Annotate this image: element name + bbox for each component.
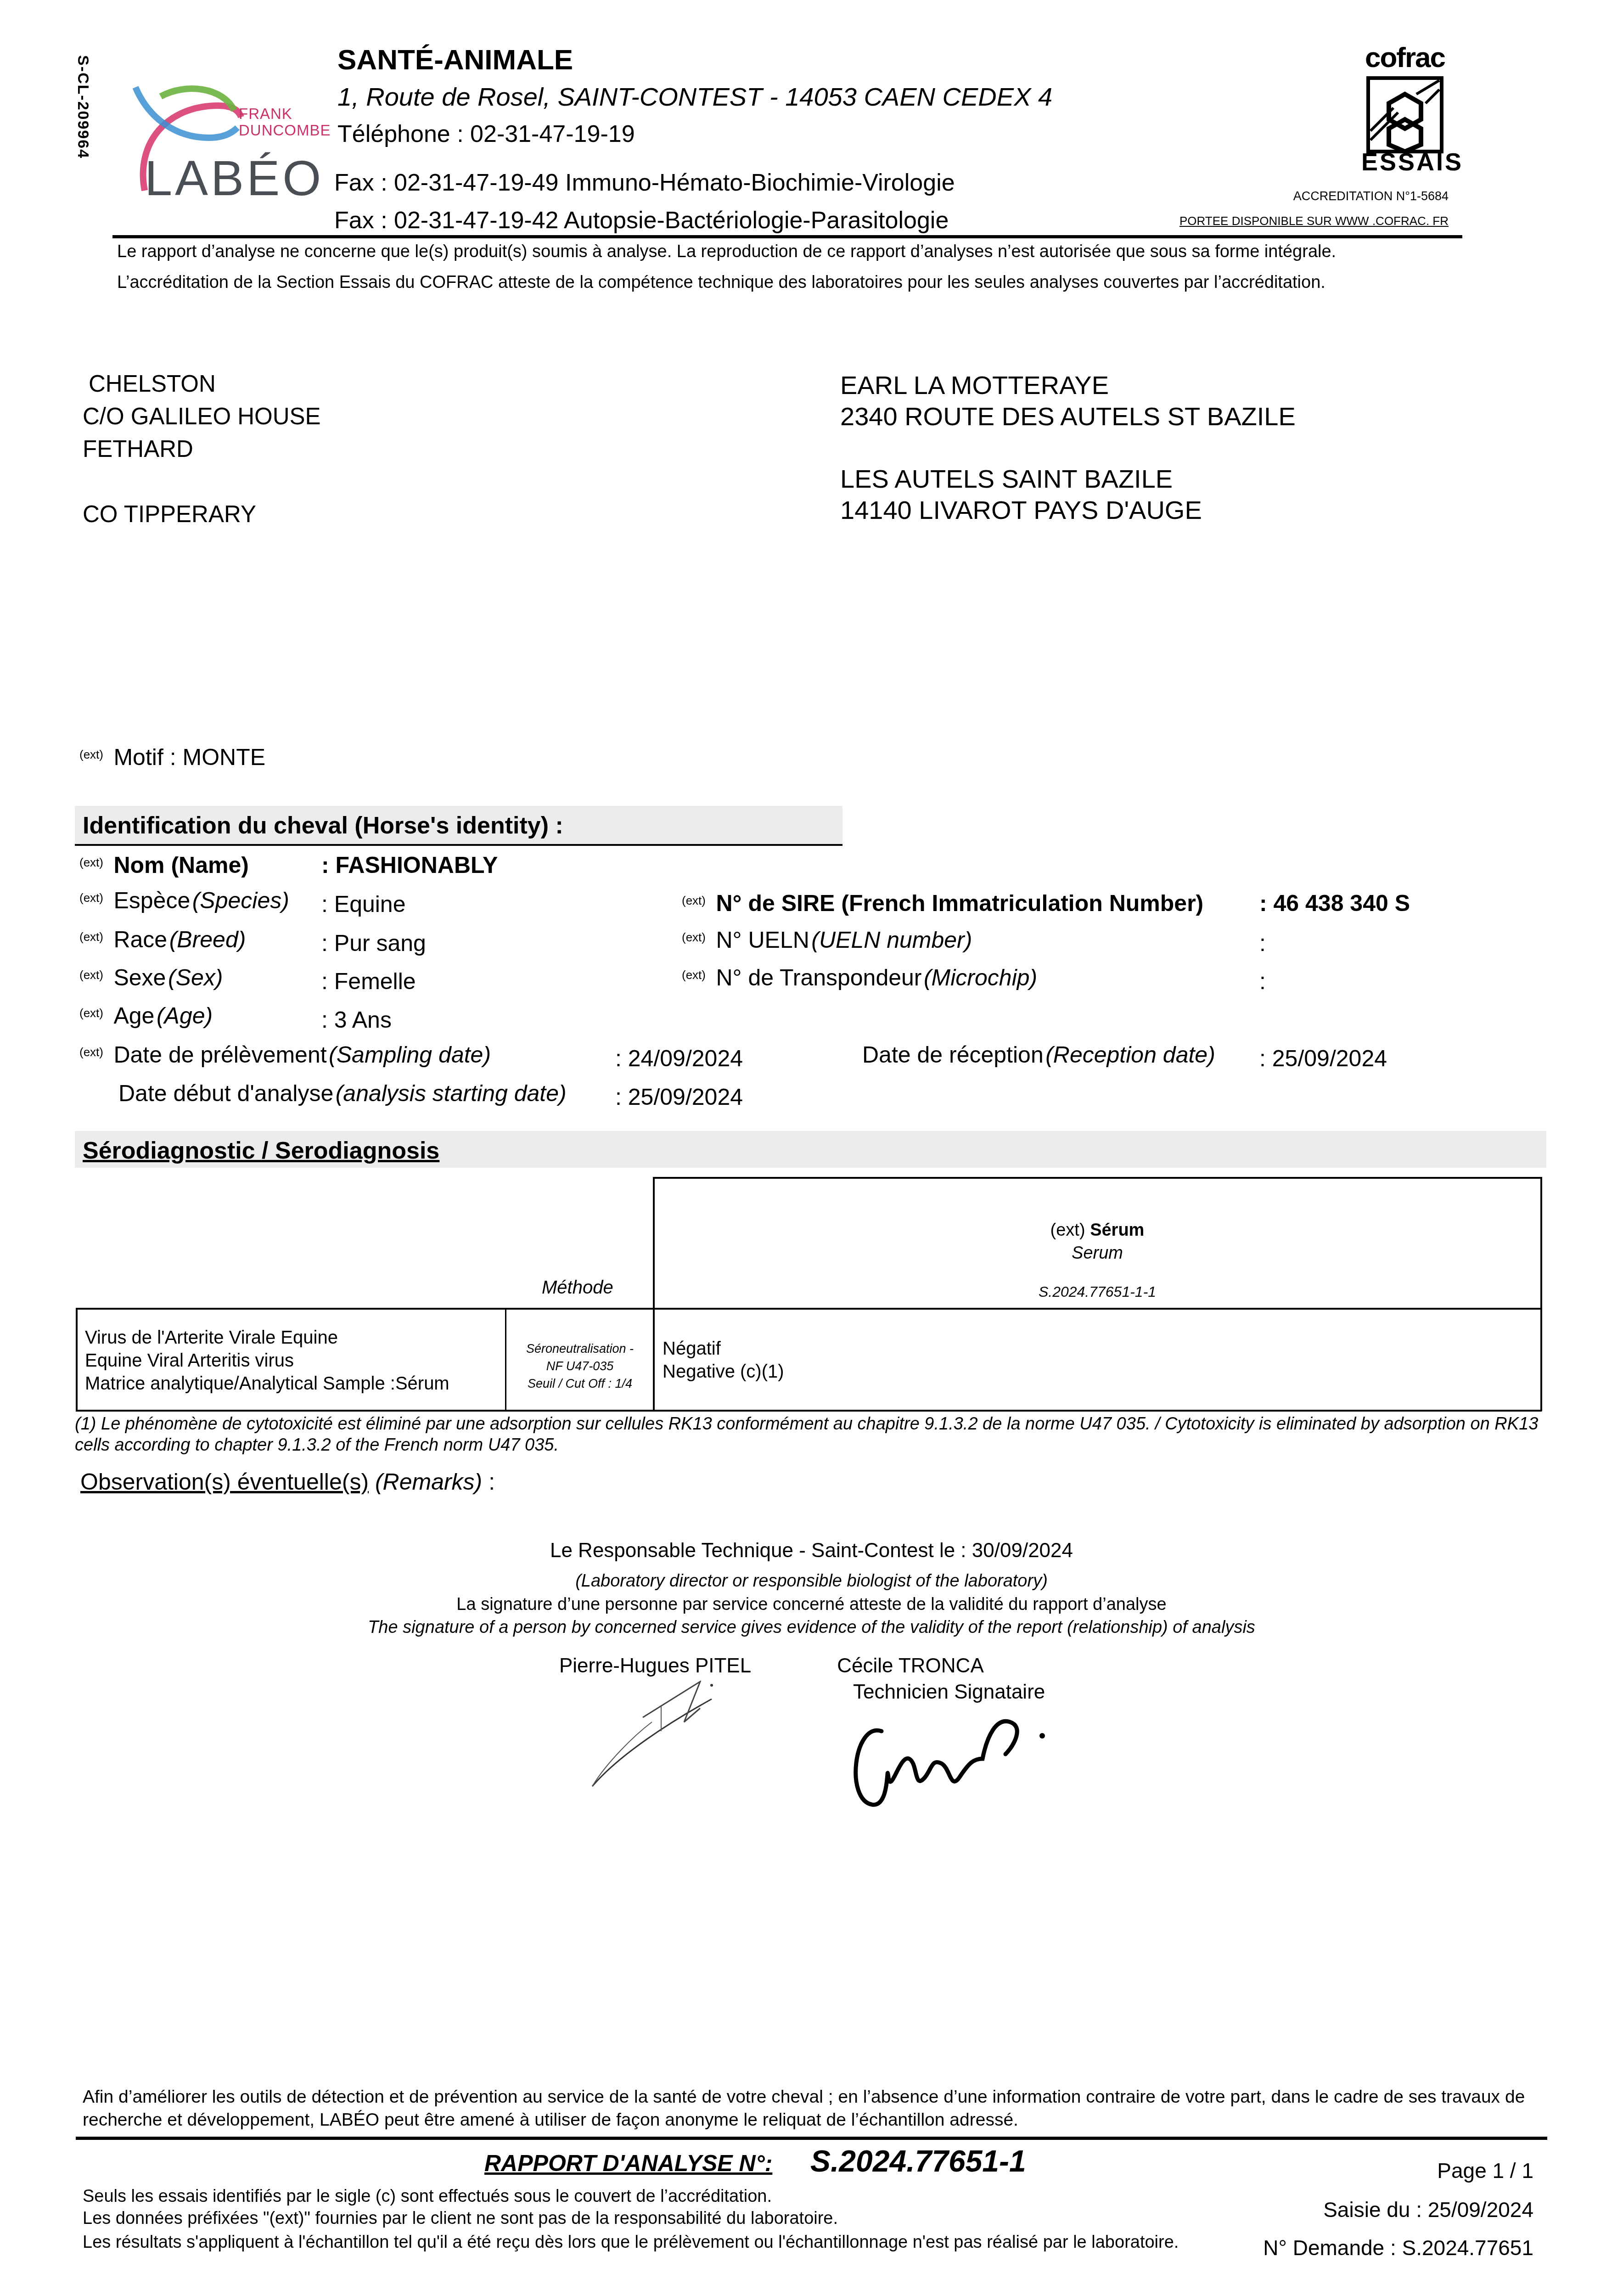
logo-brand-line1: FRANK: [239, 106, 331, 122]
table-border: [76, 1410, 1542, 1412]
cofrac-scope-link[interactable]: PORTEE DISPONIBLE SUR WWW .COFRAC. FR: [1179, 214, 1449, 228]
table-border: [76, 1308, 78, 1411]
sender-line-1: CHELSTON: [89, 370, 216, 397]
logo-brand-text: FRANK DUNCOMBE: [239, 106, 331, 139]
signer-1-name: Pierre-Hugues PITEL: [559, 1654, 751, 1677]
header-divider: [112, 235, 1462, 238]
method-column-header: Méthode: [542, 1277, 613, 1298]
ext-tag: (ext): [682, 968, 706, 982]
ext-tag: (ext): [79, 855, 103, 870]
cofrac-logo: cofrac ESSAIS: [1361, 41, 1453, 174]
microchip-label: N° de Transpondeur: [716, 965, 921, 990]
sender-line-2: C/O GALILEO HOUSE: [83, 403, 321, 430]
signature-validity-fr: La signature d’une personne par service …: [0, 1595, 1623, 1615]
ext-tag: (ext): [682, 894, 706, 908]
identity-section-title: Identification du cheval (Horse's identi…: [83, 812, 563, 839]
disclaimer-line-2: L’accréditation de la Section Essais du …: [117, 273, 1325, 293]
cytotoxicity-footnote: (1) Le phénomène de cytotoxicité est éli…: [75, 1413, 1544, 1456]
lab-address: 1, Route de Rosel, SAINT-CONTEST - 14053…: [337, 82, 1052, 112]
identity-row-reception-date: Date de réception (Reception date): [862, 1041, 1215, 1068]
recipient-line-4: LES AUTELS SAINT BAZILE: [840, 464, 1173, 494]
sample-column-header: (ext) Sérum: [654, 1221, 1541, 1240]
microchip-value: :: [1259, 968, 1266, 995]
motif-row: (ext) Motif : MONTE: [79, 744, 265, 771]
ext-tag: (ext): [79, 1006, 103, 1020]
method-line-1: Séroneutralisation -: [506, 1340, 653, 1357]
identity-row-species: (ext) Espèce (Species): [79, 887, 289, 914]
sample-type-fr: Sérum: [1090, 1221, 1144, 1240]
serodiagnosis-title: Sérodiagnostic / Serodiagnosis: [83, 1137, 439, 1165]
table-border: [76, 1308, 1542, 1310]
request-number: N° Demande : S.2024.77651: [1263, 2235, 1533, 2260]
logo-brand-line2: DUNCOMBE: [239, 122, 331, 139]
age-value: : 3 Ans: [321, 1007, 392, 1033]
analyte-name-fr: Virus de l'Arterite Virale Equine: [85, 1326, 449, 1349]
report-number: S.2024.77651-1: [810, 2144, 1026, 2178]
identity-row-microchip: (ext) N° de Transpondeur (Microchip): [682, 964, 1037, 991]
lab-title: SANTÉ-ANIMALE: [337, 44, 573, 76]
signer-2-role: Technicien Signataire: [853, 1681, 1045, 1704]
side-document-code: S-CL-209964: [74, 55, 92, 159]
page-indicator: Page 1 / 1: [1437, 2158, 1533, 2183]
footer-note-1: Seuls les essais identifiés par le sigle…: [83, 2187, 772, 2206]
research-notice: Afin d’améliorer les outils de détection…: [83, 2086, 1543, 2132]
disclaimer-line-1: Le rapport d’analyse ne concerne que le(…: [117, 242, 1336, 262]
species-value: : Equine: [321, 891, 405, 917]
sire-label: N° de SIRE (French Immatriculation Numbe…: [716, 890, 1203, 916]
footer-note-3: Les résultats s'appliquent à l'échantill…: [83, 2233, 1179, 2252]
sample-id: S.2024.77651-1-1: [654, 1283, 1541, 1300]
ext-tag: (ext): [79, 1045, 103, 1059]
logo-name: LABÉO: [145, 149, 324, 207]
recipient-line-2: 2340 ROUTE DES AUTELS ST BAZILE: [840, 401, 1296, 431]
analysis-start-label: Date début d'analyse: [118, 1080, 333, 1106]
breed-label: Race: [113, 927, 167, 952]
ueln-label: N° UELN: [716, 927, 809, 953]
remarks-label-en: (Remarks): [375, 1469, 482, 1495]
signature-validity-en: The signature of a person by concerned s…: [0, 1618, 1623, 1638]
entry-date: Saisie du : 25/09/2024: [1323, 2197, 1533, 2222]
method-cell: Séroneutralisation - NF U47-035 Seuil / …: [506, 1340, 653, 1392]
ueln-value: :: [1259, 930, 1266, 957]
ext-tag: (ext): [79, 891, 103, 905]
species-label-en: (Species): [192, 888, 289, 913]
age-label: Age: [113, 1003, 154, 1029]
table-border: [653, 1177, 1542, 1179]
name-label: Nom (Name): [113, 852, 248, 878]
signature-pitel-icon: [578, 1681, 753, 1795]
report-number-label: RAPPORT D'ANALYSE N°:: [484, 2150, 772, 2177]
identity-row-breed: (ext) Race (Breed): [79, 926, 246, 953]
sampling-date-label-en: (Sampling date): [329, 1042, 491, 1068]
signature-director-note: (Laboratory director or responsible biol…: [0, 1571, 1623, 1591]
recipient-line-5: 14140 LIVAROT PAYS D'AUGE: [840, 495, 1202, 525]
signer-2-name: Cécile TRONCA: [819, 1654, 1002, 1677]
identity-row-sampling-date: (ext) Date de prélèvement (Sampling date…: [79, 1041, 491, 1068]
reception-date-label-en: (Reception date): [1045, 1042, 1215, 1068]
sender-line-5: CO TIPPERARY: [83, 501, 256, 528]
name-value: : FASHIONABLY: [321, 852, 498, 878]
method-line-3: Seuil / Cut Off : 1/4: [506, 1375, 653, 1392]
ext-tag: (ext): [79, 748, 103, 762]
sampling-date-label: Date de prélèvement: [113, 1042, 326, 1068]
sire-value: : 46 438 340 S: [1259, 890, 1410, 917]
sampling-date-value: : 24/09/2024: [615, 1045, 743, 1072]
sample-type-en: Serum: [654, 1244, 1541, 1263]
identity-row-analysis-start: Date début d'analyse (analysis starting …: [118, 1080, 567, 1107]
ext-tag: (ext): [1050, 1221, 1085, 1240]
motif-text: Motif : MONTE: [113, 744, 265, 770]
identity-row-sex: (ext) Sexe (Sex): [79, 964, 223, 991]
remarks-row: Observation(s) éventuelle(s) (Remarks) :: [80, 1469, 495, 1495]
reception-date-value: : 25/09/2024: [1259, 1045, 1387, 1072]
reception-date-label: Date de réception: [862, 1042, 1044, 1068]
result-en: Negative (c)(1): [663, 1360, 784, 1383]
lab-telephone: Téléphone : 02-31-47-19-19: [337, 120, 635, 148]
remarks-label: Observation(s) éventuelle(s): [80, 1469, 369, 1495]
result-fr: Négatif: [663, 1337, 784, 1360]
analyte-cell: Virus de l'Arterite Virale Equine Equine…: [85, 1326, 449, 1395]
ext-tag: (ext): [682, 930, 706, 945]
identity-row-age: (ext) Age (Age): [79, 1002, 213, 1029]
labeo-logo: FRANK DUNCOMBE LABÉO: [117, 73, 319, 207]
analysis-start-value: : 25/09/2024: [615, 1084, 743, 1110]
species-label: Espèce: [113, 888, 190, 913]
analysis-start-label-en: (analysis starting date): [336, 1080, 567, 1106]
sex-value: : Femelle: [321, 968, 416, 995]
cofrac-emblem-icon: [1361, 76, 1449, 154]
age-label-en: (Age): [157, 1003, 213, 1029]
result-cell: Négatif Negative (c)(1): [663, 1337, 784, 1383]
analyte-name-en: Equine Viral Arteritis virus: [85, 1349, 449, 1372]
recipient-line-1: EARL LA MOTTERAYE: [840, 370, 1109, 400]
analytical-matrix: Matrice analytique/Analytical Sample :Sé…: [85, 1372, 449, 1395]
sex-label: Sexe: [113, 965, 166, 990]
identity-row-sire: (ext) N° de SIRE (French Immatriculation…: [682, 890, 1203, 917]
identity-row-ueln: (ext) N° UELN (UELN number): [682, 927, 972, 953]
lab-fax-1: Fax : 02-31-47-19-49 Immuno-Hémato-Bioch…: [334, 169, 955, 197]
ext-tag: (ext): [79, 930, 103, 944]
breed-value: : Pur sang: [321, 930, 426, 957]
identity-row-name: (ext) Nom (Name): [79, 852, 249, 878]
signature-responsible-line: Le Responsable Technique - Saint-Contest…: [0, 1539, 1623, 1562]
ext-tag: (ext): [79, 968, 103, 982]
lab-fax-2: Fax : 02-31-47-19-42 Autopsie-Bactériolo…: [334, 207, 949, 234]
remarks-colon: :: [489, 1469, 495, 1495]
microchip-label-en: (Microchip): [924, 965, 1037, 990]
accreditation-number: ACCREDITATION N°1-5684: [1293, 189, 1449, 203]
footer-note-2: Les données préfixées "(ext)" fournies p…: [83, 2209, 838, 2228]
footer-divider: [76, 2137, 1547, 2140]
ueln-label-en: (UELN number): [811, 927, 972, 953]
signature-tronca-icon: [845, 1708, 1084, 1814]
method-line-2: NF U47-035: [506, 1357, 653, 1375]
sex-label-en: (Sex): [168, 965, 223, 990]
cofrac-essais: ESSAIS: [1361, 148, 1449, 176]
sender-line-3: FETHARD: [83, 435, 193, 462]
breed-label-en: (Breed): [169, 927, 246, 952]
cofrac-word: cofrac: [1361, 41, 1449, 74]
